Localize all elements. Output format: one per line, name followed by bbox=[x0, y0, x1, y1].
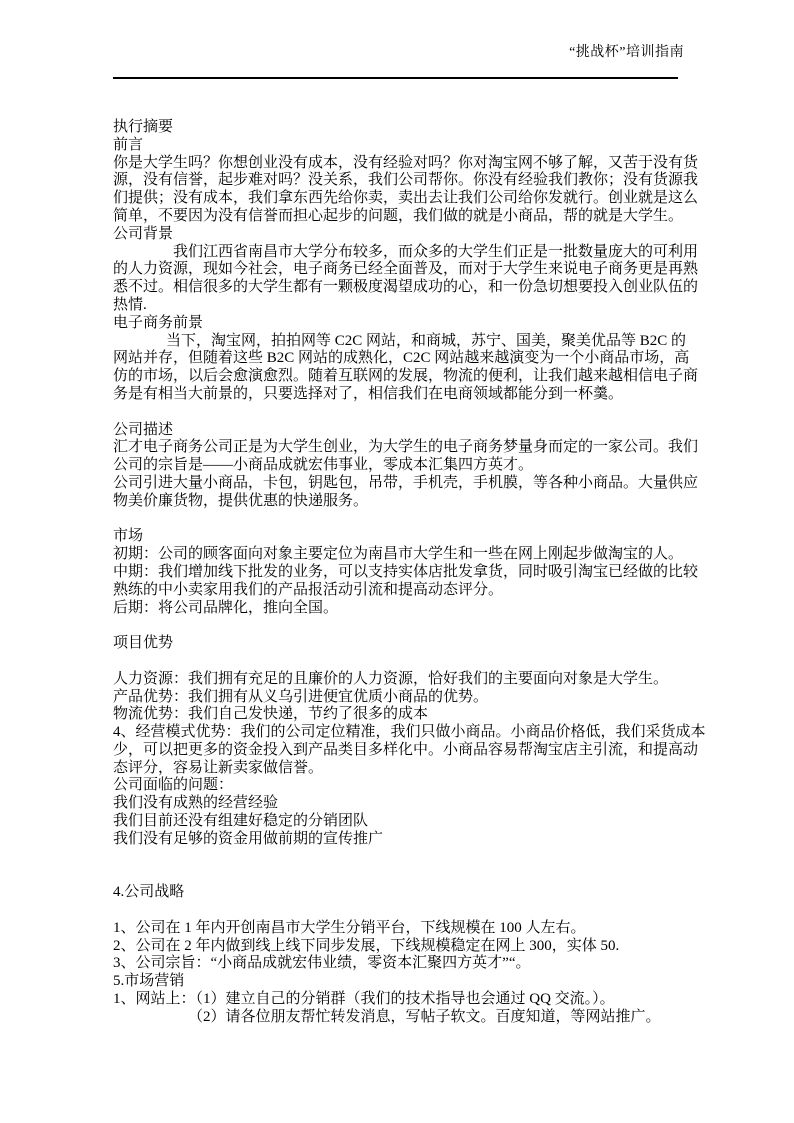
text-line: 你是大学生吗？你想创业没有成本，没有经验对吗？你对淘宝网不够了解，又苦于没有货 bbox=[113, 155, 691, 173]
text-line: 项目优势 bbox=[113, 635, 691, 653]
text-line: 中期：我们增加线下批发的业务，可以支持实体店批发拿货，同时吸引淘宝已经做的比较 bbox=[113, 564, 691, 582]
text-line: 后期：将公司品牌化，推向全国。 bbox=[113, 600, 691, 618]
text-line: 2、公司在 2 年内做到线上线下同步发展，下线规模稳定在网上 300，实体 50… bbox=[113, 938, 691, 956]
text-line: 前言 bbox=[113, 137, 691, 155]
blank-line bbox=[113, 866, 691, 884]
text-line: （2）请各位朋友帮忙转发消息，写帖子软文。百度知道，等网站推广。 bbox=[113, 1009, 691, 1027]
blank-line bbox=[113, 653, 691, 671]
text-line: 悉不过。相信很多的大学生都有一颗极度渴望成功的心，和一份急切想要投入创业队伍的 bbox=[113, 279, 691, 297]
text-line: 4.公司战略 bbox=[113, 884, 691, 902]
text-line: 1、公司在 1 年内开创南昌市大学生分销平台，下线规模在 100 人左右。 bbox=[113, 920, 691, 938]
text-line: 市场 bbox=[113, 528, 691, 546]
text-line: 执行摘要 bbox=[113, 119, 691, 137]
text-line: 源，没有信誉，起步难对吗？没关系，我们公司帮你。你没有经验我们教你；没有货源我 bbox=[113, 172, 691, 190]
blank-line bbox=[113, 511, 691, 529]
text-line: 仿的市场，以后会愈演愈烈。随着互联网的发展，物流的便利，让我们越来越相信电子商 bbox=[113, 368, 691, 386]
text-line: 物流优势：我们自己发快递，节约了很多的成本 bbox=[113, 706, 691, 724]
document-body: 执行摘要前言你是大学生吗？你想创业没有成本，没有经验对吗？你对淘宝网不够了解，又… bbox=[113, 119, 691, 1027]
text-line: 公司面临的问题： bbox=[113, 777, 691, 795]
text-line: 电子商务前景 bbox=[113, 315, 691, 333]
text-line: 人力资源：我们拥有充足的且廉价的人力资源，恰好我们的主要面向对象是大学生。 bbox=[113, 671, 691, 689]
text-line: 我们没有足够的资金用做前期的宣传推广 bbox=[113, 831, 691, 849]
text-line: 公司背景 bbox=[113, 226, 691, 244]
text-line: 的人力资源，现如今社会，电子商务已经全面普及，而对于大学生来说电子商务更是再熟 bbox=[113, 261, 691, 279]
document-page: “挑战杯”培训指南 执行摘要前言你是大学生吗？你想创业没有成本，没有经验对吗？你… bbox=[0, 0, 794, 1123]
text-line: 公司引进大量小商品，卡包，钥匙包，吊带，手机壳，手机膜，等各种小商品。大量供应 bbox=[113, 475, 691, 493]
text-line: 1、网站上：（1）建立自己的分销群（我们的技术指导也会通过 QQ 交流。）。 bbox=[113, 991, 691, 1009]
blank-line bbox=[113, 617, 691, 635]
text-line: 汇才电子商务公司正是为大学生创业，为大学生的电子商务梦量身而定的一家公司。我们 bbox=[113, 439, 691, 457]
text-line: 少，可以把更多的资金投入到产品类目多样化中。小商品容易帮淘宝店主引流，和提高动 bbox=[113, 742, 691, 760]
blank-line bbox=[113, 849, 691, 867]
blank-line bbox=[113, 902, 691, 920]
text-line: 网站并存，但随着这些 B2C 网站的成熟化，C2C 网站越来越演变为一个小商品市… bbox=[113, 350, 691, 368]
header-title: “挑战杯”培训指南 bbox=[113, 44, 684, 61]
text-line: 公司描述 bbox=[113, 422, 691, 440]
text-line: 初期：公司的顾客面向对象主要定位为南昌市大学生和一些在网上刚起步做淘宝的人。 bbox=[113, 546, 691, 564]
text-line: 态评分，容易让新卖家做信誉。 bbox=[113, 760, 691, 778]
text-line: 5.市场营销 bbox=[113, 973, 691, 991]
blank-line bbox=[113, 404, 691, 422]
text-line: 物美价廉货物，提供优惠的快递服务。 bbox=[113, 493, 691, 511]
text-line: 我们江西省南昌市大学分布较多，而众多的大学生们正是一批数量庞大的可利用 bbox=[113, 244, 691, 262]
text-line: 务是有相当大前景的，只要选择对了，相信我们在电商领域都能分到一杯羹。 bbox=[113, 386, 691, 404]
header-rule bbox=[113, 77, 678, 79]
text-line: 熟练的中小卖家用我们的产品报活动引流和提高动态评分。 bbox=[113, 582, 691, 600]
text-line: 我们目前还没有组建好稳定的分销团队 bbox=[113, 813, 691, 831]
text-line: 简单，不要因为没有信誉而担心起步的问题，我们做的就是小商品，帮的就是大学生。 bbox=[113, 208, 691, 226]
text-line: 热情. bbox=[113, 297, 691, 315]
text-line: 公司的宗旨是——小商品成就宏伟事业，零成本汇集四方英才。 bbox=[113, 457, 691, 475]
text-line: 我们没有成熟的经营经验 bbox=[113, 795, 691, 813]
text-line: 们提供；没有成本，我们拿东西先给你卖，卖出去让我们公司给你发就行。创业就是这么 bbox=[113, 190, 691, 208]
text-line: 3、公司宗旨：“小商品成就宏伟业绩，零资本汇聚四方英才”“。 bbox=[113, 955, 691, 973]
text-line: 产品优势：我们拥有从义乌引进便宜优质小商品的优势。 bbox=[113, 689, 691, 707]
text-line: 4、经营模式优势：我们的公司定位精准，我们只做小商品。小商品价格低，我们采货成本 bbox=[113, 724, 691, 742]
text-line: 当下，淘宝网，拍拍网等 C2C 网站，和商城，苏宁、国美，聚美优品等 B2C 的 bbox=[113, 333, 691, 351]
